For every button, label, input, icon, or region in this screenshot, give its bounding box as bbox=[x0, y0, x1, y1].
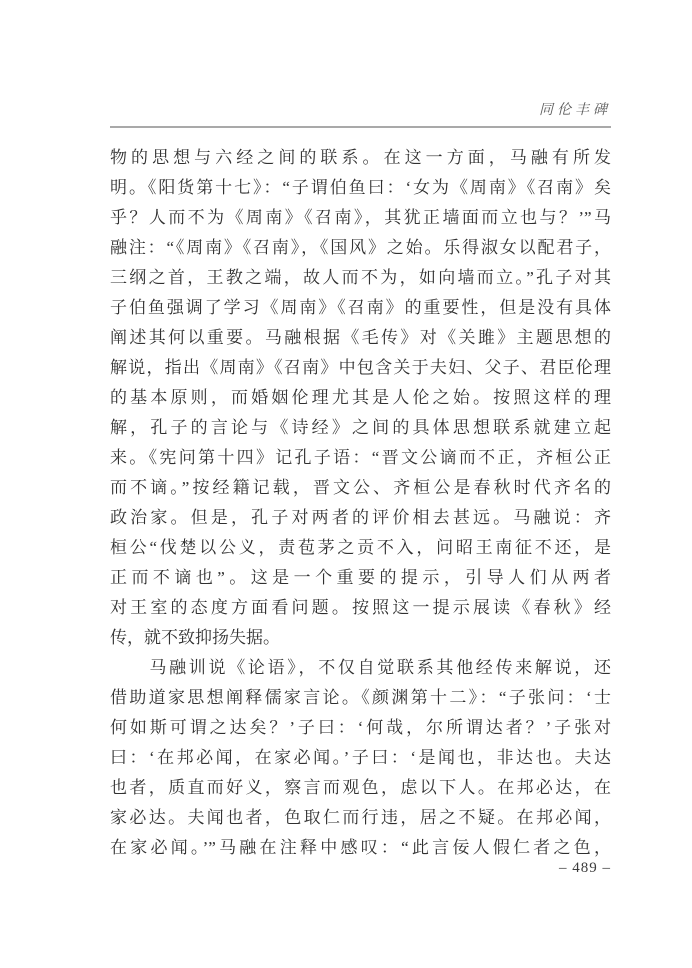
text-line: 借助道家思想阐释儒家言论。《颜渊第十二》：“子张问：‘士 bbox=[110, 683, 611, 713]
text-line: 也者，质直而好义，察言而观色，虑以下人。在邦必达，在 bbox=[110, 773, 611, 803]
book-page: 同伦丰碑 物的思想与六经之间的联系。在这一方面，马融有所发 明。《阳货第十七》：… bbox=[0, 0, 692, 968]
text-line: 三纲之首，王教之端，故人而不为，如向墙而立。”孔子对其 bbox=[110, 263, 611, 293]
text-line: 融注：“《周南》《召南》，《国风》之始。乐得淑女以配君子， bbox=[110, 233, 611, 263]
text-line: 阐述其何以重要。马融根据《毛传》对《关雎》主题思想的 bbox=[110, 323, 611, 353]
text-line: 解说，指出《周南》《召南》中包含关于夫妇、父子、君臣伦理 bbox=[110, 353, 611, 383]
text-line: 物的思想与六经之间的联系。在这一方面，马融有所发 bbox=[110, 143, 611, 173]
text-line: 明。《阳货第十七》：“子谓伯鱼曰：‘女为《周南》《召南》矣 bbox=[110, 173, 611, 203]
text-line: 曰：‘在邦必闻，在家必闻。’子曰：‘是闻也，非达也。夫达 bbox=[110, 743, 611, 773]
text-line: 桓公“伐楚以公义，责苞茅之贡不入，问昭王南征不还，是 bbox=[110, 533, 611, 563]
text-line-paragraph-end: 传，就不致抑扬失据。 bbox=[110, 623, 611, 653]
text-line: 在家必闻。’”马融在注释中感叹：“此言佞人假仁者之色， bbox=[110, 833, 611, 863]
text-line: 来。《宪问第十四》记孔子语：“晋文公谪而不正，齐桓公正 bbox=[110, 443, 611, 473]
running-head: 同伦丰碑 bbox=[110, 99, 611, 119]
text-line: 政治家。但是，孔子对两者的评价相去甚远。马融说：齐 bbox=[110, 503, 611, 533]
text-line: 子伯鱼强调了学习《周南》《召南》的重要性，但是没有具体 bbox=[110, 293, 611, 323]
text-line: 正而不谪也”。这是一个重要的提示，引导人们从两者 bbox=[110, 563, 611, 593]
body-text-block: 物的思想与六经之间的联系。在这一方面，马融有所发 明。《阳货第十七》：“子谓伯鱼… bbox=[110, 143, 611, 863]
text-line: 乎？人而不为《周南》《召南》，其犹正墙面而立也与？’”马 bbox=[110, 203, 611, 233]
text-line: 而不谪。”按经籍记载，晋文公、齐桓公是春秋时代齐名的 bbox=[110, 473, 611, 503]
text-line: 的基本原则，而婚姻伦理尤其是人伦之始。按照这样的理 bbox=[110, 383, 611, 413]
text-line: 何如斯可谓之达矣？’子曰：‘何哉，尔所谓达者？’子张对 bbox=[110, 713, 611, 743]
text-line-paragraph-start: 马融训说《论语》，不仅自觉联系其他经传来解说，还 bbox=[110, 653, 611, 683]
text-line: 解，孔子的言论与《诗经》之间的具体思想联系就建立起 bbox=[110, 413, 611, 443]
page-number: – 489 – bbox=[110, 860, 611, 877]
text-line: 对王室的态度方面看问题。按照这一提示展读《春秋》经 bbox=[110, 593, 611, 623]
header-rule-divider bbox=[110, 126, 611, 128]
text-line: 家必达。夫闻也者，色取仁而行违，居之不疑。在邦必闻， bbox=[110, 803, 611, 833]
